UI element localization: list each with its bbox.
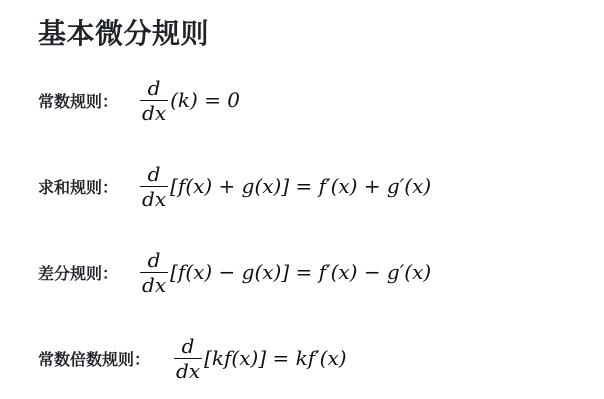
rule-expression: (k) = 0 bbox=[170, 88, 240, 112]
rule-label: 差分规则： bbox=[38, 261, 118, 284]
derivative-fraction: d dx bbox=[140, 162, 168, 211]
rule-expression: [f(x) + g(x)] = f′(x) + g′(x) bbox=[170, 174, 431, 198]
rule-label: 常数规则： bbox=[38, 89, 118, 112]
rule-difference: 差分规则： d dx [f(x) − g(x)] = f′(x) − g′(x) bbox=[38, 242, 431, 302]
rule-formula: d dx [kf(x)] = kf′(x) bbox=[174, 334, 347, 383]
rule-sum: 求和规则： d dx [f(x) + g(x)] = f′(x) + g′(x) bbox=[38, 156, 431, 216]
rule-constant-multiple: 常数倍数规则： d dx [kf(x)] = kf′(x) bbox=[38, 328, 347, 388]
derivative-fraction: d dx bbox=[140, 248, 168, 297]
rule-label: 求和规则： bbox=[38, 175, 118, 198]
rule-formula: d dx [f(x) + g(x)] = f′(x) + g′(x) bbox=[140, 162, 431, 211]
rule-formula: d dx (k) = 0 bbox=[140, 76, 240, 125]
rule-expression: [f(x) − g(x)] = f′(x) − g′(x) bbox=[170, 260, 431, 284]
rule-constant: 常数规则： d dx (k) = 0 bbox=[38, 70, 240, 130]
page-title: 基本微分规则 bbox=[38, 14, 209, 54]
derivative-fraction: d dx bbox=[174, 334, 202, 383]
derivative-fraction: d dx bbox=[140, 76, 168, 125]
rule-label: 常数倍数规则： bbox=[38, 347, 150, 370]
rule-expression: [kf(x)] = kf′(x) bbox=[204, 346, 346, 370]
rule-formula: d dx [f(x) − g(x)] = f′(x) − g′(x) bbox=[140, 248, 431, 297]
